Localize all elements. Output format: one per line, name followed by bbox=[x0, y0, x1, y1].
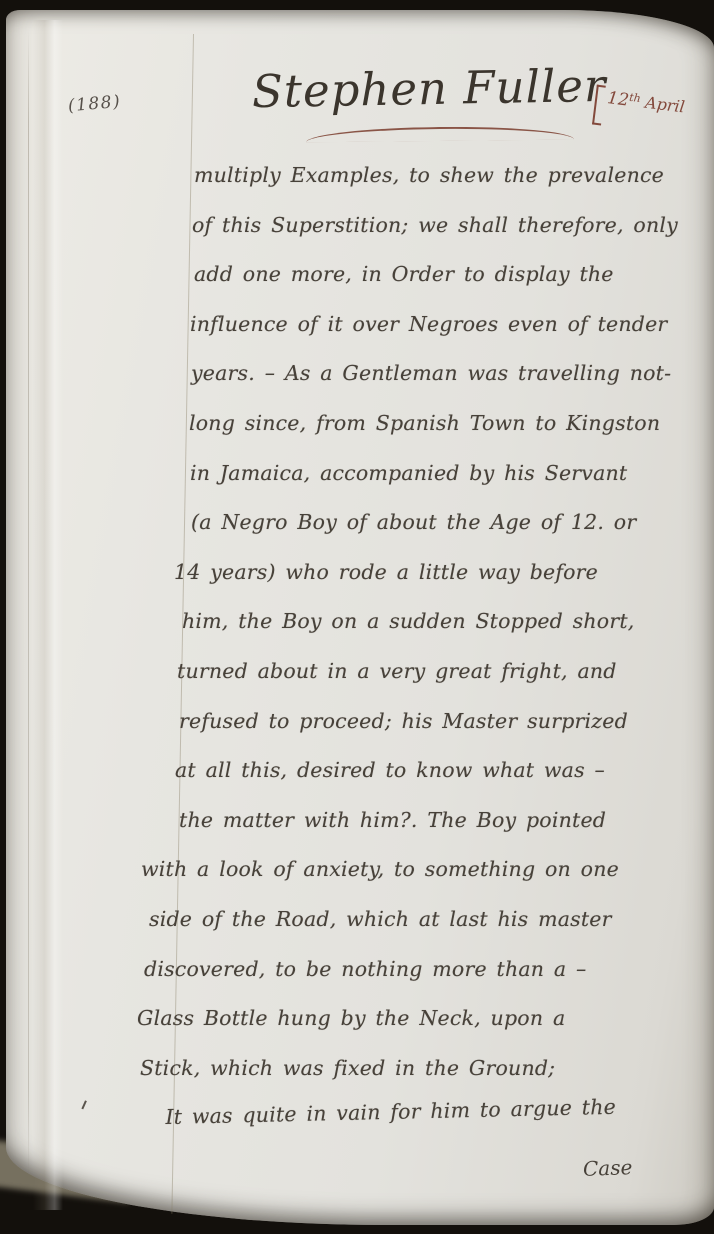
manuscript-body: multiply Examples, to shew the prevalenc… bbox=[194, 151, 704, 1143]
manuscript-line: Glass Bottle hung by the Neck, upon a bbox=[137, 994, 704, 1044]
date-annotation: 12 th April bbox=[592, 87, 686, 136]
manuscript-line: refused to proceed; his Master surprized bbox=[179, 697, 704, 747]
page-title: Stephen Fuller bbox=[252, 59, 607, 118]
manuscript-scan: (188) Stephen Fuller 12 th April multipl… bbox=[0, 0, 714, 1234]
date-day: 12 bbox=[606, 88, 630, 110]
manuscript-line: long since, from Spanish Town to Kingsto… bbox=[189, 399, 704, 449]
manuscript-page: (188) Stephen Fuller 12 th April multipl… bbox=[6, 10, 714, 1225]
manuscript-line: 14 years) who rode a little way before bbox=[174, 548, 704, 598]
stray-ink-mark bbox=[81, 1100, 89, 1110]
manuscript-line: multiply Examples, to shew the prevalenc… bbox=[194, 151, 704, 201]
manuscript-line: influence of it over Negroes even of ten… bbox=[190, 300, 704, 350]
manuscript-line: It was quite in vain for him to argue th… bbox=[165, 1081, 704, 1143]
manuscript-line: add one more, in Order to display the bbox=[194, 250, 704, 300]
manuscript-line: with a look of anxiety, to something on … bbox=[141, 845, 704, 895]
binding-crease bbox=[33, 20, 63, 1210]
date-month: April bbox=[644, 93, 686, 117]
manuscript-line: in Jamaica, accompanied by his Servant bbox=[190, 449, 704, 499]
manuscript-line: discovered, to be nothing more than a – bbox=[144, 945, 704, 995]
title-underline bbox=[306, 126, 574, 143]
page-number: (188) bbox=[67, 92, 122, 117]
manuscript-line: (a Negro Boy of about the Age of 12. or bbox=[191, 498, 704, 548]
previous-leaf-edge bbox=[28, 30, 29, 1180]
manuscript-line: side of the Road, which at last his mast… bbox=[149, 895, 704, 945]
date-suffix: th bbox=[628, 91, 641, 105]
manuscript-line: of this Superstition; we shall therefore… bbox=[192, 201, 704, 251]
manuscript-line: turned about in a very great fright, and bbox=[177, 647, 704, 697]
manuscript-line: the matter with him?. The Boy pointed bbox=[179, 796, 704, 846]
manuscript-line: years. – As a Gentleman was travelling n… bbox=[191, 349, 704, 399]
catchword: Case bbox=[583, 1155, 633, 1181]
manuscript-line: him, the Boy on a sudden Stopped short, bbox=[182, 597, 704, 647]
manuscript-line: at all this, desired to know what was – bbox=[175, 746, 704, 796]
